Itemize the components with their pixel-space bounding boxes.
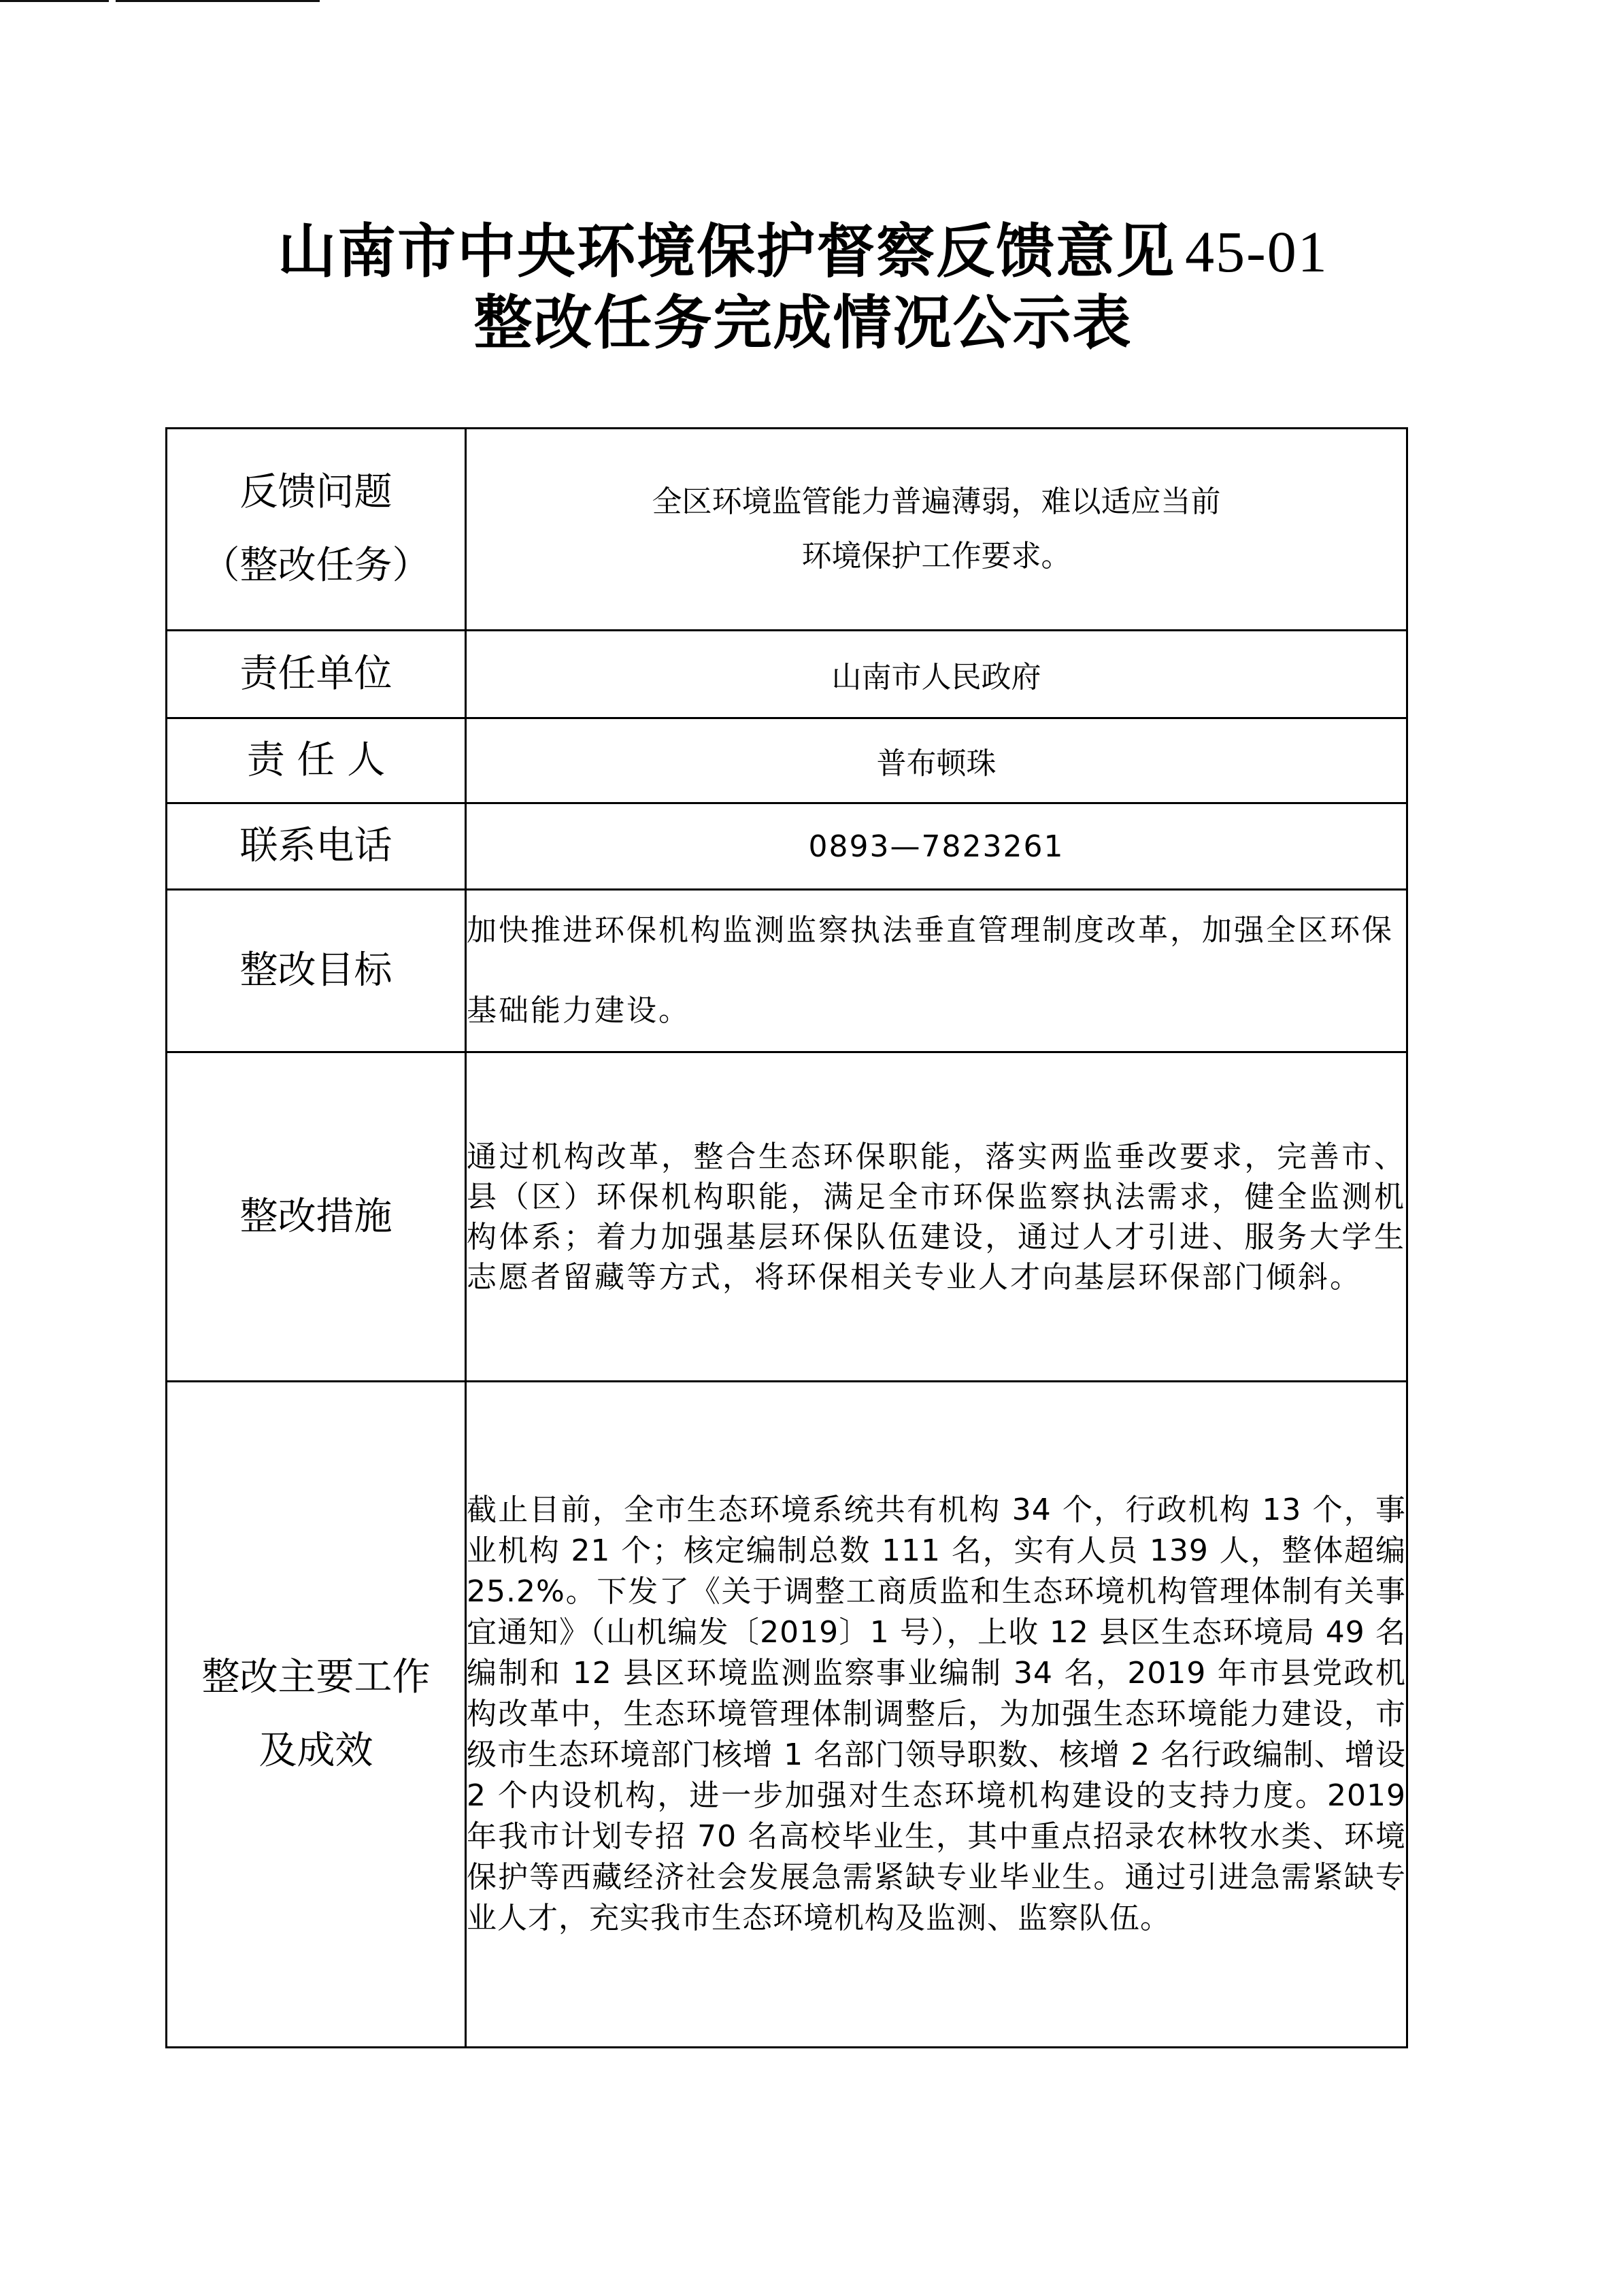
value-responsible-unit: 山南市人民政府 bbox=[466, 631, 1407, 718]
label-responsible-unit: 责任单位 bbox=[167, 631, 466, 718]
label-feedback-issue: 反馈问题 （整改任务） bbox=[167, 429, 466, 631]
table-row-rectification-measures: 整改措施 通过机构改革，整合生态环保职能，落实两监垂改要求，完善市、县（区）环保… bbox=[167, 1052, 1407, 1382]
value-line: 全区环境监管能力普遍薄弱，难以适应当前 bbox=[467, 475, 1406, 529]
disclosure-table: 反馈问题 （整改任务） 全区环境监管能力普遍薄弱，难以适应当前 环境保护工作要求… bbox=[165, 427, 1408, 2048]
label-contact-phone: 联系电话 bbox=[167, 803, 466, 890]
label-main-work-results: 整改主要工作 及成效 bbox=[167, 1382, 466, 2048]
table-row-contact-phone: 联系电话 0893—7823261 bbox=[167, 803, 1407, 890]
value-rectification-measures: 通过机构改革，整合生态环保职能，落实两监垂改要求，完善市、县（区）环保机构职能，… bbox=[466, 1052, 1407, 1382]
title-number: 45-01 bbox=[1185, 219, 1328, 284]
value-main-work-results: 截止目前，全市生态环境系统共有机构 34 个，行政机构 13 个，事业机构 21… bbox=[466, 1382, 1407, 2048]
label-responsible-person: 责 任 人 bbox=[167, 718, 466, 803]
value-contact-phone: 0893—7823261 bbox=[466, 803, 1407, 890]
value-rectification-goal: 加快推进环保机构监测监察执法垂直管理制度改革，加强全区环保基础能力建设。 bbox=[466, 890, 1407, 1052]
value-line: 环境保护工作要求。 bbox=[467, 529, 1406, 584]
scan-edge-line bbox=[0, 0, 109, 2]
table-row-rectification-goal: 整改目标 加快推进环保机构监测监察执法垂直管理制度改革，加强全区环保基础能力建设… bbox=[167, 890, 1407, 1052]
value-responsible-person: 普布顿珠 bbox=[466, 718, 1407, 803]
label-line: 反馈问题 bbox=[167, 456, 465, 529]
scan-edge-line bbox=[116, 0, 320, 2]
label-line: 整改主要工作 bbox=[167, 1641, 465, 1714]
document-subtitle: 整改任务完成情况公示表 bbox=[0, 276, 1606, 360]
value-feedback-issue: 全区环境监管能力普遍薄弱，难以适应当前 环境保护工作要求。 bbox=[466, 429, 1407, 631]
table-row-feedback-issue: 反馈问题 （整改任务） 全区环境监管能力普遍薄弱，难以适应当前 环境保护工作要求… bbox=[167, 429, 1407, 631]
table-row-main-work-results: 整改主要工作 及成效 截止目前，全市生态环境系统共有机构 34 个，行政机构 1… bbox=[167, 1382, 1407, 2048]
table-row-responsible-unit: 责任单位 山南市人民政府 bbox=[167, 631, 1407, 718]
label-rectification-goal: 整改目标 bbox=[167, 890, 466, 1052]
table-row-responsible-person: 责 任 人 普布顿珠 bbox=[167, 718, 1407, 803]
label-line: 及成效 bbox=[167, 1714, 465, 1788]
label-line: （整改任务） bbox=[167, 529, 465, 603]
label-rectification-measures: 整改措施 bbox=[167, 1052, 466, 1382]
